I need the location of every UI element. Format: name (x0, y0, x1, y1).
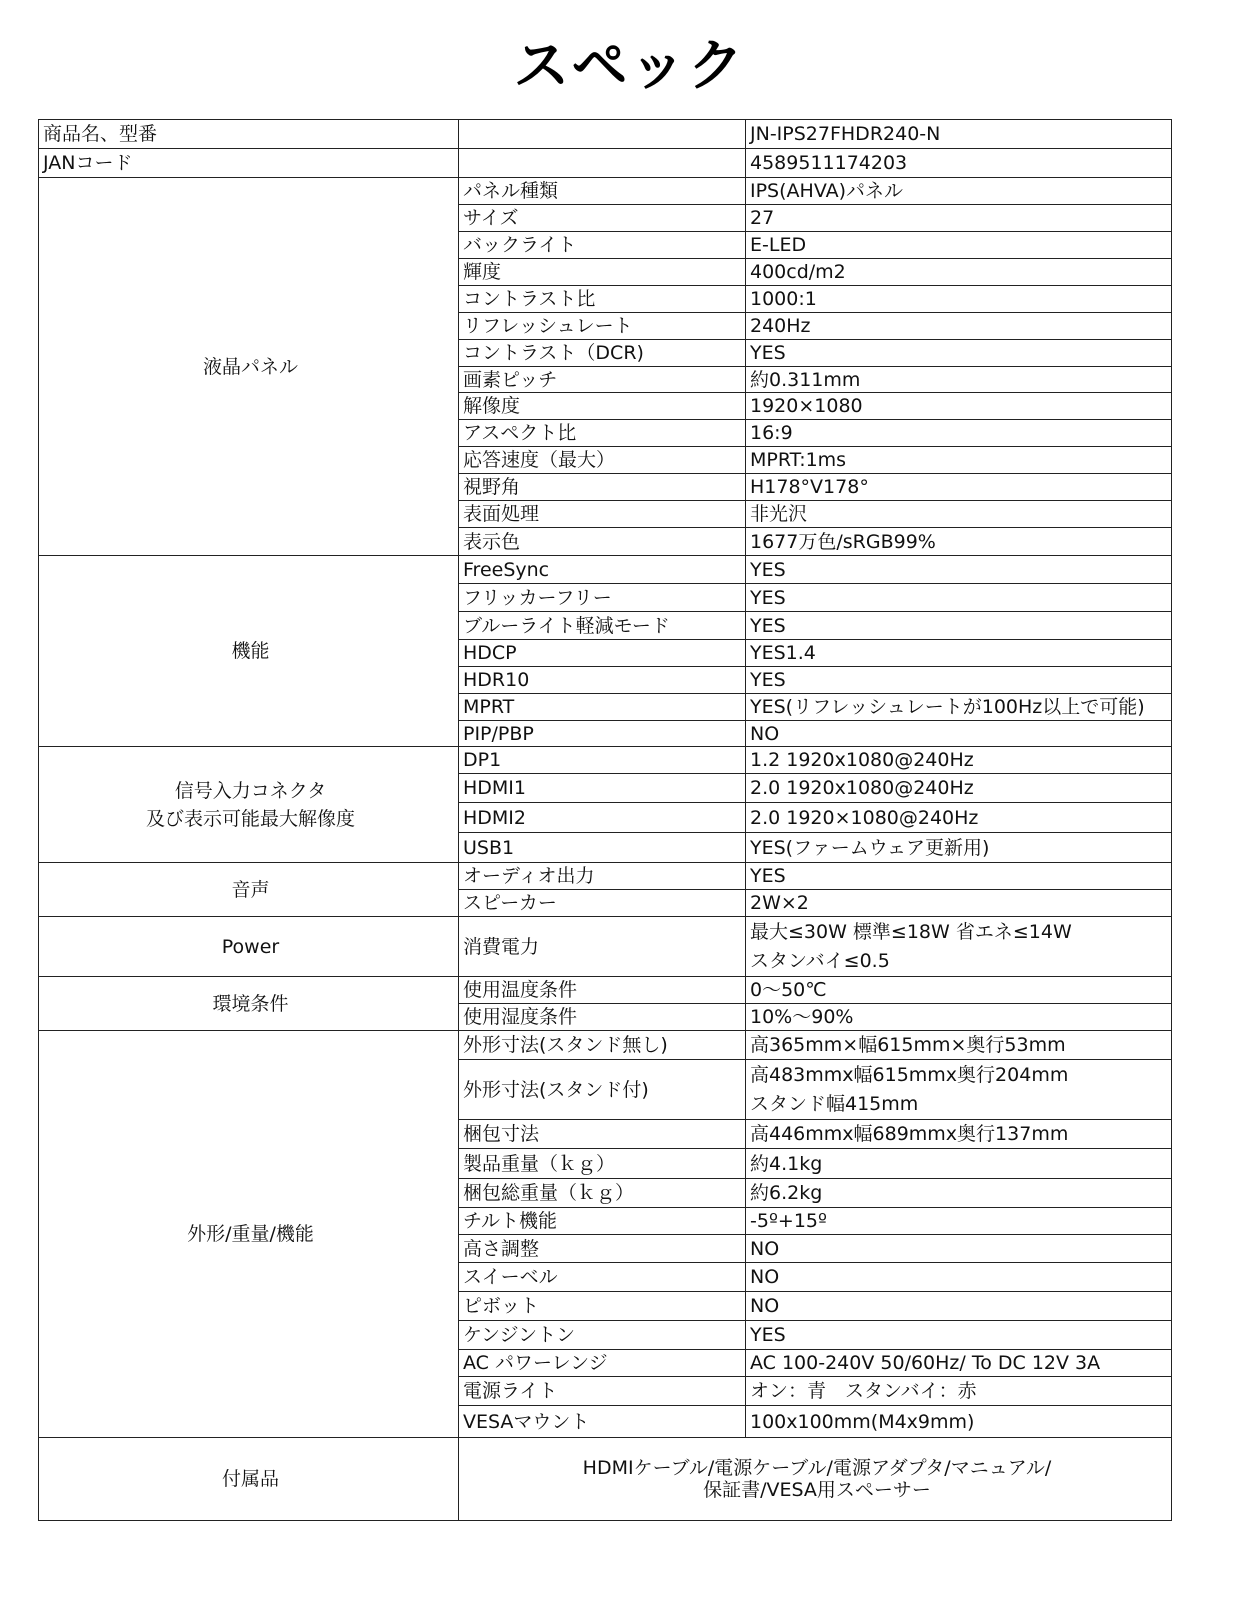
spec-value-line: スタンド幅415mm (750, 1090, 1171, 1119)
page-title: スペック (0, 22, 1259, 102)
spec-value: YES (746, 1321, 1172, 1350)
spec-value: 約4.1kg (746, 1149, 1172, 1179)
accessories-value: HDMIケーブル/電源ケーブル/電源アダプタ/マニュアル/ 保証書/VESA用ス… (459, 1438, 1172, 1521)
spec-value: YES (746, 863, 1172, 890)
spec-value: YES (746, 612, 1172, 640)
group-label: Power (39, 917, 459, 977)
table-row: JANコード 4589511174203 (39, 149, 1172, 178)
group-label: 環境条件 (39, 977, 459, 1031)
spec-label: チルト機能 (459, 1208, 746, 1235)
spec-label: 電源ライト (459, 1377, 746, 1406)
spec-label: コントラスト比 (459, 286, 746, 313)
spec-label: USB1 (459, 833, 746, 863)
spec-label: オーディオ出力 (459, 863, 746, 890)
spec-label: パネル種類 (459, 178, 746, 205)
spec-value: 1000:1 (746, 286, 1172, 313)
spec-value: 10%～90% (746, 1004, 1172, 1031)
spec-value: 400cd/m2 (746, 259, 1172, 286)
spec-value-line: 最大≤30W 標準≤18W 省エネ≤14W (750, 918, 1171, 947)
spec-label: HDMI2 (459, 803, 746, 833)
spec-value: 240Hz (746, 313, 1172, 340)
empty-cell (459, 149, 746, 178)
spec-label: 消費電力 (459, 917, 746, 977)
table-row: 音声 オーディオ出力 YES (39, 863, 1172, 890)
spec-value: MPRT:1ms (746, 447, 1172, 474)
spec-label: PIP/PBP (459, 721, 746, 747)
accessories-line: 保証書/VESA用スペーサー (463, 1479, 1171, 1501)
spec-value: オン：青 スタンバイ：赤 (746, 1377, 1172, 1406)
table-row: 信号入力コネクタ 及び表示可能最大解像度 DP1 1.2 1920x1080@2… (39, 747, 1172, 774)
spec-label: 梱包総重量（ｋｇ） (459, 1179, 746, 1208)
spec-label: 外形寸法(スタンド無し) (459, 1031, 746, 1060)
group-label-line: 及び表示可能最大解像度 (43, 808, 458, 830)
spec-value: NO (746, 1263, 1172, 1292)
spec-label: 梱包寸法 (459, 1120, 746, 1149)
table-row: 外形/重量/機能 外形寸法(スタンド無し) 高365mm×幅615mm×奥行53… (39, 1031, 1172, 1060)
spec-label: ピボット (459, 1292, 746, 1321)
spec-value: 約0.311mm (746, 367, 1172, 393)
spec-label: サイズ (459, 205, 746, 232)
spec-value: 高365mm×幅615mm×奥行53mm (746, 1031, 1172, 1060)
spec-table: 商品名、型番 JN-IPS27FHDR240-N JANコード 45895111… (38, 119, 1172, 1521)
spec-label: MPRT (459, 694, 746, 721)
spec-value: YES (746, 556, 1172, 584)
spec-label: 使用温度条件 (459, 977, 746, 1004)
spec-value: 1.2 1920x1080@240Hz (746, 747, 1172, 774)
spec-value: 2.0 1920x1080@240Hz (746, 774, 1172, 803)
group-label: 信号入力コネクタ 及び表示可能最大解像度 (39, 747, 459, 863)
spec-value: AC 100-240V 50/60Hz/ To DC 12V 3A (746, 1350, 1172, 1377)
spec-value: 27 (746, 205, 1172, 232)
spec-label: 高さ調整 (459, 1235, 746, 1263)
spec-value: 1920×1080 (746, 393, 1172, 420)
accessories-line: HDMIケーブル/電源ケーブル/電源アダプタ/マニュアル/ (463, 1457, 1171, 1479)
spec-value: NO (746, 1235, 1172, 1263)
spec-value: IPS(AHVA)パネル (746, 178, 1172, 205)
group-label: 音声 (39, 863, 459, 917)
spec-value: YES1.4 (746, 640, 1172, 667)
spec-label: 表示色 (459, 528, 746, 556)
spec-label: スピーカー (459, 890, 746, 917)
row-value: JN-IPS27FHDR240-N (746, 120, 1172, 149)
table-row: 商品名、型番 JN-IPS27FHDR240-N (39, 120, 1172, 149)
spec-label: バックライト (459, 232, 746, 259)
group-label: 付属品 (39, 1438, 459, 1521)
spec-label: 使用湿度条件 (459, 1004, 746, 1031)
row-label: 商品名、型番 (39, 120, 459, 149)
spec-label: 解像度 (459, 393, 746, 420)
spec-label: 製品重量（ｋｇ） (459, 1149, 746, 1179)
spec-label: FreeSync (459, 556, 746, 584)
group-label: 液晶パネル (39, 178, 459, 556)
spec-label: ブルーライト軽減モード (459, 612, 746, 640)
spec-value: NO (746, 721, 1172, 747)
spec-value: YES(ファームウェア更新用) (746, 833, 1172, 863)
spec-label: HDR10 (459, 667, 746, 694)
spec-label: VESAマウント (459, 1406, 746, 1438)
spec-label: HDCP (459, 640, 746, 667)
spec-label: フリッカーフリー (459, 584, 746, 612)
row-value: 4589511174203 (746, 149, 1172, 178)
spec-label: リフレッシュレート (459, 313, 746, 340)
spec-label: アスペクト比 (459, 420, 746, 447)
spec-label: 画素ピッチ (459, 367, 746, 393)
table-row: Power 消費電力 最大≤30W 標準≤18W 省エネ≤14W スタンバイ≤0… (39, 917, 1172, 977)
table-row: 環境条件 使用温度条件 0～50℃ (39, 977, 1172, 1004)
spec-value: 約6.2kg (746, 1179, 1172, 1208)
spec-label: HDMI1 (459, 774, 746, 803)
spec-value: YES (746, 667, 1172, 694)
spec-value: 1677万色/sRGB99% (746, 528, 1172, 556)
spec-value: E-LED (746, 232, 1172, 259)
group-label-line: 信号入力コネクタ (43, 780, 458, 802)
spec-value: YES (746, 584, 1172, 612)
spec-value: 高483mmx幅615mmx奥行204mm スタンド幅415mm (746, 1060, 1172, 1120)
spec-value: YES(リフレッシュレートが100Hz以上で可能) (746, 694, 1172, 721)
spec-label: コントラスト（DCR) (459, 340, 746, 367)
spec-label: 視野角 (459, 474, 746, 501)
table-row: 付属品 HDMIケーブル/電源ケーブル/電源アダプタ/マニュアル/ 保証書/VE… (39, 1438, 1172, 1521)
spec-value: 非光沢 (746, 501, 1172, 528)
spec-value: -5º+15º (746, 1208, 1172, 1235)
row-label: JANコード (39, 149, 459, 178)
spec-label: DP1 (459, 747, 746, 774)
spec-value: 16:9 (746, 420, 1172, 447)
spec-label: ケンジントン (459, 1321, 746, 1350)
spec-label: スイーベル (459, 1263, 746, 1292)
group-label: 外形/重量/機能 (39, 1031, 459, 1438)
spec-value: 2W×2 (746, 890, 1172, 917)
group-label: 機能 (39, 556, 459, 747)
spec-label: 外形寸法(スタンド付) (459, 1060, 746, 1120)
spec-value-line: 高483mmx幅615mmx奥行204mm (750, 1061, 1171, 1090)
spec-value: NO (746, 1292, 1172, 1321)
spec-value: 2.0 1920×1080@240Hz (746, 803, 1172, 833)
table-row: 液晶パネル パネル種類 IPS(AHVA)パネル (39, 178, 1172, 205)
empty-cell (459, 120, 746, 149)
spec-value: 高446mmx幅689mmx奥行137mm (746, 1120, 1172, 1149)
spec-value: 100x100mm(M4x9mm) (746, 1406, 1172, 1438)
spec-value-line: スタンバイ≤0.5 (750, 947, 1171, 976)
table-row: 機能 FreeSync YES (39, 556, 1172, 584)
spec-label: 表面処理 (459, 501, 746, 528)
spec-value: 0～50℃ (746, 977, 1172, 1004)
spec-value: H178°V178° (746, 474, 1172, 501)
spec-label: 輝度 (459, 259, 746, 286)
spec-value: 最大≤30W 標準≤18W 省エネ≤14W スタンバイ≤0.5 (746, 917, 1172, 977)
spec-value: YES (746, 340, 1172, 367)
spec-label: AC パワーレンジ (459, 1350, 746, 1377)
spec-label: 応答速度（最大） (459, 447, 746, 474)
